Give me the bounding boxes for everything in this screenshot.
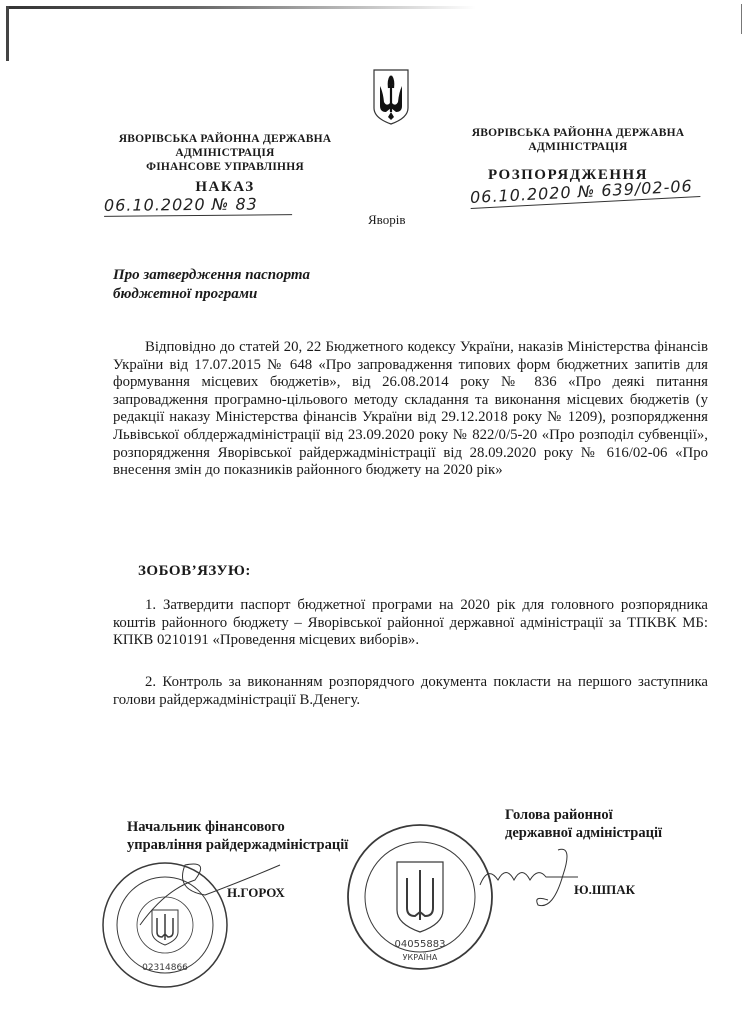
- signature-scribble-right: [478, 845, 583, 920]
- stamp-code: 02314866: [142, 963, 188, 973]
- doc-type-order: НАКАЗ: [100, 180, 350, 194]
- handwritten-date-number-left: 06.10.2020 № 83: [104, 194, 292, 217]
- coat-of-arms-icon: [372, 68, 410, 126]
- signer-left-title-line1: Начальник фінансового: [127, 818, 348, 836]
- org-name-line1: ЯВОРІВСЬКА РАЙОННА ДЕРЖАВНА: [100, 132, 350, 146]
- stamp-code: 04055883: [395, 939, 446, 950]
- subject-line1: Про затвердження паспорта: [113, 266, 310, 285]
- stamp-country: УКРАЇНА: [403, 952, 438, 962]
- decree-word: ЗОБОВ’ЯЗУЮ:: [138, 563, 251, 580]
- city-name: Яворів: [368, 212, 405, 228]
- stamp-icon-district-administration: 04055883 УКРАЇНА: [345, 822, 495, 972]
- signer-right-title-line1: Голова районної: [505, 806, 662, 824]
- subject-line2: бюджетної програми: [113, 285, 310, 304]
- org-name-line3: ФІНАНСОВЕ УПРАВЛІННЯ: [100, 160, 350, 174]
- document-subject: Про затвердження паспорта бюджетної прог…: [113, 266, 310, 304]
- signer-left-name: Н.ГОРОХ: [227, 885, 285, 901]
- item-2: 2. Контроль за виконанням розпорядчого д…: [113, 674, 708, 709]
- signer-right-title-line2: державної адміністрації: [505, 824, 662, 842]
- scan-edge-left: [6, 6, 9, 61]
- header-right: ЯВОРІВСЬКА РАЙОННА ДЕРЖАВНА АДМІНІСТРАЦІ…: [448, 126, 708, 182]
- scan-edge-right: [741, 4, 742, 34]
- scan-edge-top: [6, 6, 476, 9]
- signer-left-title: Начальник фінансового управління райдерж…: [127, 818, 348, 854]
- item-1: 1. Затвердити паспорт бюджетної програми…: [113, 597, 708, 650]
- signer-right-name: Ю.ШПАК: [574, 882, 635, 898]
- header-left: ЯВОРІВСЬКА РАЙОННА ДЕРЖАВНА АДМІНІСТРАЦІ…: [100, 132, 350, 194]
- org-name-line2: АДМІНІСТРАЦІЯ: [100, 146, 350, 160]
- org-name-line2: АДМІНІСТРАЦІЯ: [448, 140, 708, 154]
- org-name-line1: ЯВОРІВСЬКА РАЙОННА ДЕРЖАВНА: [448, 126, 708, 140]
- main-paragraph: Відповідно до статей 20, 22 Бюджетного к…: [113, 339, 708, 480]
- signer-right-title: Голова районної державної адміністрації: [505, 806, 662, 842]
